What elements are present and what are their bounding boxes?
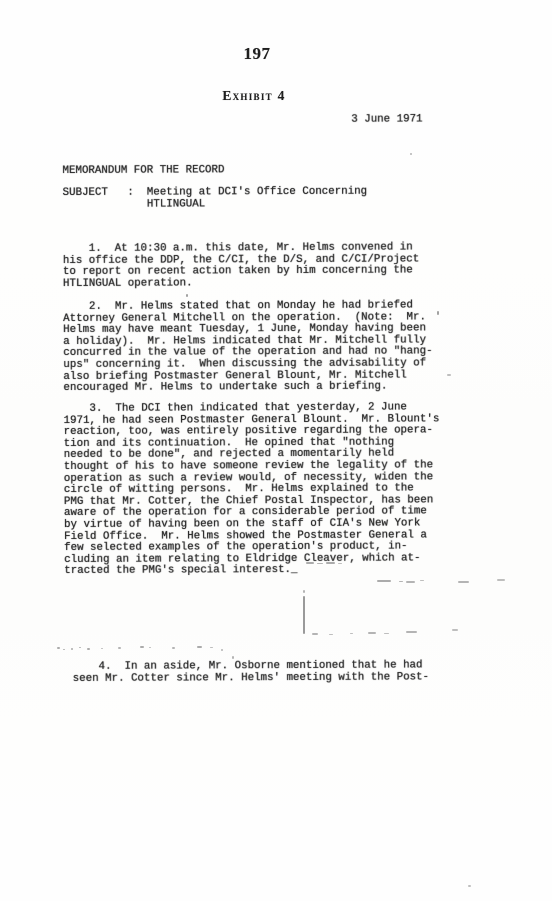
scan-dot bbox=[221, 649, 223, 651]
memo-heading: MEMORANDUM FOR THE RECORD bbox=[62, 165, 224, 177]
memo-paragraph-2: 2. Mr. Helms stated that on Monday he ha… bbox=[63, 300, 433, 394]
scan-dotted-underline bbox=[317, 563, 323, 564]
scan-dot bbox=[57, 647, 60, 649]
memo-body: 3 June 1971 MEMORANDUM FOR THE RECORD SU… bbox=[0, 0, 552, 901]
scan-dash bbox=[350, 633, 353, 634]
memo-paragraph-4: 4. In an aside, Mr. Osborne mentioned th… bbox=[73, 660, 429, 685]
scan-dash bbox=[399, 581, 403, 582]
scan-dot bbox=[140, 646, 144, 648]
scan-dot bbox=[87, 648, 90, 650]
scan-dash bbox=[420, 580, 424, 581]
scan-dot bbox=[149, 647, 151, 648]
scan-dot bbox=[63, 649, 65, 650]
scan-vertical-line bbox=[303, 590, 305, 593]
scan-dash bbox=[406, 581, 415, 583]
scan-speck bbox=[447, 374, 451, 376]
scan-vertical-line bbox=[303, 596, 305, 634]
scan-speck bbox=[437, 311, 439, 315]
scan-dot bbox=[79, 647, 81, 648]
scan-speck bbox=[468, 885, 471, 887]
scan-dash bbox=[312, 633, 318, 635]
scan-dash bbox=[497, 579, 505, 581]
scan-dash bbox=[406, 631, 417, 633]
memo-subject-line: SUBJECT : Meeting at DCI's Office Concer… bbox=[63, 186, 368, 212]
memo-paragraph-3: 3. The DCI then indicated that yesterday… bbox=[63, 402, 440, 578]
scan-speck bbox=[186, 294, 188, 297]
scan-dash bbox=[452, 629, 458, 631]
scan-dash bbox=[368, 632, 376, 634]
scan-dash bbox=[384, 633, 389, 634]
scan-dotted-underline bbox=[326, 562, 335, 564]
scan-dot bbox=[71, 648, 73, 650]
scan-dot bbox=[118, 647, 121, 649]
memo-date: 3 June 1971 bbox=[351, 114, 422, 126]
memo-paragraph-1: 1. At 10:30 a.m. this date, Mr. Helms co… bbox=[63, 242, 420, 290]
scan-dotted-underline bbox=[306, 562, 314, 564]
scan-dash bbox=[377, 580, 391, 582]
scan-dash bbox=[458, 581, 469, 583]
scanned-memo-page: 197 Exhibit 4 3 June 1971 MEMORANDUM FOR… bbox=[0, 0, 552, 901]
scan-dot bbox=[172, 647, 175, 649]
scan-speck bbox=[410, 153, 412, 155]
scan-speck bbox=[232, 656, 234, 659]
scan-dotted-underline bbox=[338, 563, 342, 564]
scan-dot bbox=[101, 648, 103, 649]
scan-dot bbox=[197, 646, 202, 648]
scan-dot bbox=[210, 647, 213, 648]
scan-dash bbox=[329, 634, 333, 635]
